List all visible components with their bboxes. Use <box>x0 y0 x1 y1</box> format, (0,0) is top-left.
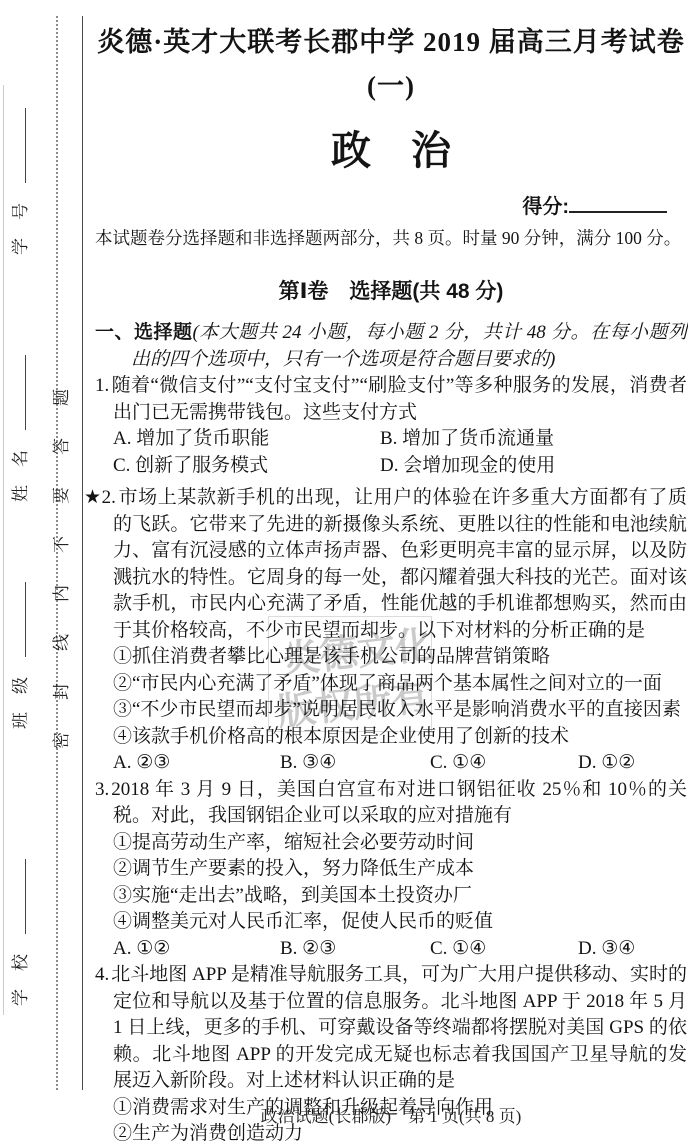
exam-title: 炎德·英才大联考长郡中学 2019 届高三月考试卷(一) <box>95 20 687 108</box>
field-student-id-blank <box>10 108 26 183</box>
student-info-margin: 学校班级姓名学号 <box>6 16 44 1090</box>
field-school-blank <box>10 859 26 934</box>
question-2-number: ★2. <box>84 487 116 508</box>
question-2-stem: 市场上某款新手机的出现，让用户的体验在许多重大方面都有了质的飞跃。它带来了先进的… <box>113 487 687 641</box>
field-class: 班级 <box>6 582 31 729</box>
score-row: 得分: <box>95 190 687 218</box>
question-2-subitem-4: ④该款手机价格高的根本原因是企业使用了创新的技术 <box>113 724 687 751</box>
question-2-subitem-2: ②“市民内心充满了矛盾”体现了商品两个基本属性之间对立的一面 <box>113 671 687 698</box>
question-1-choice-c: C. 创新了服务模式 <box>113 453 380 480</box>
question-3-choice-c: C. ①④ <box>430 936 578 963</box>
question-4-stem: 北斗地图 APP 是精准导航服务工具，可为广大用户提供移动、实时的定位和导航以及… <box>111 964 687 1091</box>
question-1-choice-a: A. 增加了货币职能 <box>113 426 380 453</box>
question-3-number: 3. <box>95 779 109 800</box>
field-student-id-label: 学号 <box>11 185 30 255</box>
mcq-instructions: 一、选择题(本大题共 24 小题，每小题 2 分，共计 48 分。在每小题列出的… <box>95 320 687 373</box>
field-class-blank <box>10 582 26 657</box>
main-content: 炎德·英才大联考长郡中学 2019 届高三月考试卷(一) 政 治 得分: 本试题… <box>95 0 687 1144</box>
question-3-subitem-1: ①提高劳动生产率，缩短社会必要劳动时间 <box>113 830 687 857</box>
page-footer: 政治试题(长郡版) 第 1 页(共 8 页) <box>95 1102 687 1127</box>
question-4-number: 4. <box>95 964 109 985</box>
question-3-choice-a: A. ①② <box>113 936 280 963</box>
question-3-choice-d: D. ③④ <box>578 936 635 963</box>
question-3: 3.2018 年 3 月 9 日，美国白宫宣布对进口钢铝征收 25％和 10％的… <box>95 777 687 963</box>
field-name-blank <box>10 355 26 430</box>
question-3-choices: A. ①② B. ②③ C. ①④ D. ③④ <box>113 936 687 963</box>
exam-info: 本试题卷分选择题和非选择题两部分，共 8 页。时量 90 分钟，满分 100 分… <box>95 226 687 251</box>
question-2: ★2.市场上某款新手机的出现，让用户的体验在许多重大方面都有了质的飞跃。它带来了… <box>95 485 687 777</box>
field-school-label: 学校 <box>11 936 30 1006</box>
field-school: 学校 <box>6 859 31 1006</box>
question-2-choice-a: A. ②③ <box>113 750 280 777</box>
field-class-label: 班级 <box>11 659 30 729</box>
question-3-stem: 2018 年 3 月 9 日，美国白宫宣布对进口钢铝征收 25％和 10％的关税… <box>111 779 687 827</box>
question-2-choice-b: B. ③④ <box>280 750 430 777</box>
field-student-id: 学号 <box>6 108 31 255</box>
question-1-choices-row1: A. 增加了货币职能 B. 增加了货币流通量 <box>113 426 687 453</box>
mcq-part-label: 一、选择题 <box>95 322 192 343</box>
question-2-subitem-1: ①抓住消费者攀比心理是该手机公司的品牌营销策略 <box>113 644 687 671</box>
question-1-stem: 随着“微信支付”“支付宝支付”“刷脸支付”等多种服务的发展，消费者出门已无需携带… <box>111 375 687 423</box>
exam-paper-page: 学校班级姓名学号 密封线内不要答题 炎德文化 版权所有 炎德·英才大联考长郡中学… <box>0 0 688 1144</box>
question-2-choice-c: C. ①④ <box>430 750 578 777</box>
score-label: 得分: <box>522 196 569 218</box>
section-title: 第Ⅰ卷 选择题(共 48 分) <box>95 277 687 307</box>
question-3-choice-b: B. ②③ <box>280 936 430 963</box>
question-1: 1.随着“微信支付”“支付宝支付”“刷脸支付”等多种服务的发展，消费者出门已无需… <box>95 373 687 479</box>
seal-warning-text: 密封线内不要答题 <box>47 16 81 1090</box>
question-2-choice-d: D. ①② <box>578 750 635 777</box>
question-2-subitem-3: ③“不少市民望而却步”说明居民收入水平是影响消费水平的直接因素 <box>113 697 687 724</box>
question-3-subitem-4: ④调整美元对人民币汇率，促使人民币的贬值 <box>113 909 687 936</box>
field-name-label: 姓名 <box>11 432 30 502</box>
question-3-subitem-2: ②调节生产要素的投入，努力降低生产成本 <box>113 856 687 883</box>
mcq-part-note: (本大题共 24 小题，每小题 2 分，共计 48 分。在每小题列出的四个选项中… <box>131 322 687 370</box>
paper-edge-line <box>3 85 4 1015</box>
question-1-number: 1. <box>95 375 109 396</box>
field-name: 姓名 <box>6 355 31 502</box>
question-2-choices: A. ②③ B. ③④ C. ①④ D. ①② <box>113 750 687 777</box>
question-3-subitem-3: ③实施“走出去”战略，到美国本土投资办厂 <box>113 883 687 910</box>
score-blank <box>569 191 667 213</box>
seal-solid-line <box>82 16 83 1090</box>
question-1-choice-d: D. 会增加现金的使用 <box>380 453 647 480</box>
subject-title: 政 治 <box>95 124 687 178</box>
question-1-choices-row2: C. 创新了服务模式 D. 会增加现金的使用 <box>113 453 687 480</box>
question-1-choice-b: B. 增加了货币流通量 <box>380 426 647 453</box>
